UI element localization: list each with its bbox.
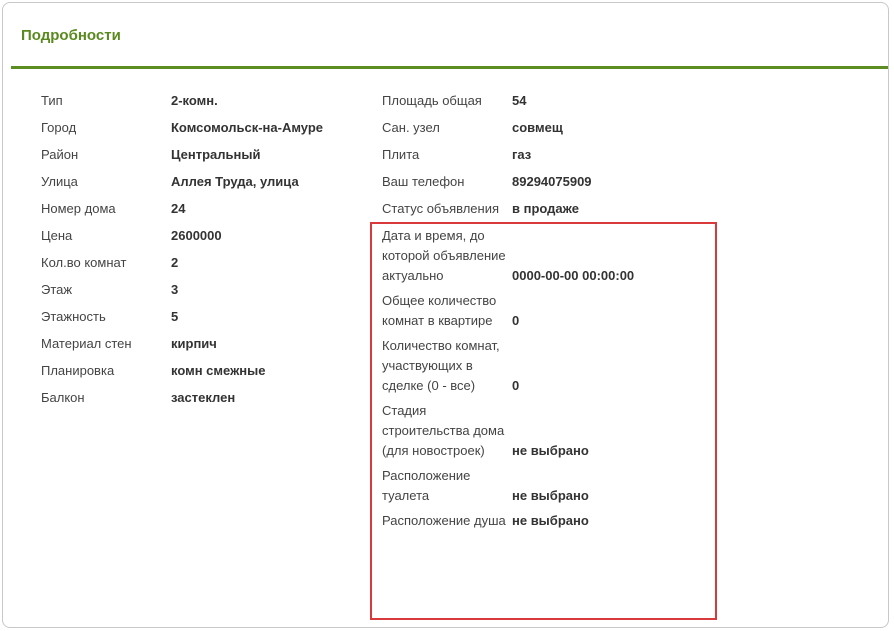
detail-label: Район	[41, 145, 171, 165]
detail-row-type: Тип2-комн.	[41, 91, 323, 111]
detail-value: 89294075909	[512, 172, 592, 192]
detail-label: Город	[41, 118, 171, 138]
detail-row-house-number: Номер дома24	[41, 199, 323, 219]
detail-row-bathroom: Сан. узелсовмещ	[382, 118, 634, 138]
detail-label: Балкон	[41, 388, 171, 408]
detail-value: 2-комн.	[171, 91, 218, 111]
detail-label: Тип	[41, 91, 171, 111]
panel-title: Подробности	[21, 27, 121, 44]
detail-row-floors-total: Этажность5	[41, 307, 323, 327]
detail-label: Номер дома	[41, 199, 171, 219]
detail-row-district: РайонЦентральный	[41, 145, 323, 165]
detail-label: Статус объявления	[382, 199, 512, 219]
detail-row-layout: Планировкакомн смежные	[41, 361, 323, 381]
detail-label: Планировка	[41, 361, 171, 381]
detail-label: Цена	[41, 226, 171, 246]
detail-row-city: ГородКомсомольск-на-Амуре	[41, 118, 323, 138]
detail-value: 54	[512, 91, 526, 111]
detail-label: Площадь общая	[382, 91, 512, 111]
detail-value: Аллея Труда, улица	[171, 172, 299, 192]
detail-label: Этажность	[41, 307, 171, 327]
detail-label: Улица	[41, 172, 171, 192]
detail-row-total-area: Площадь общая54	[382, 91, 634, 111]
detail-value: 2	[171, 253, 178, 273]
detail-value: 3	[171, 280, 178, 300]
detail-value: газ	[512, 145, 531, 165]
title-divider	[11, 66, 888, 69]
detail-value: застеклен	[171, 388, 235, 408]
detail-label: Кол.во комнат	[41, 253, 171, 273]
left-details-column: Тип2-комн. ГородКомсомольск-на-Амуре Рай…	[41, 91, 323, 415]
detail-row-wall-material: Материал стенкирпич	[41, 334, 323, 354]
detail-value: кирпич	[171, 334, 217, 354]
detail-value: 2600000	[171, 226, 222, 246]
highlight-box	[370, 222, 717, 620]
detail-row-rooms: Кол.во комнат2	[41, 253, 323, 273]
detail-label: Плита	[382, 145, 512, 165]
detail-row-street: УлицаАллея Труда, улица	[41, 172, 323, 192]
detail-value: в продаже	[512, 199, 579, 219]
detail-value: 24	[171, 199, 185, 219]
detail-label: Материал стен	[41, 334, 171, 354]
detail-row-floor: Этаж3	[41, 280, 323, 300]
detail-label: Сан. узел	[382, 118, 512, 138]
detail-label: Ваш телефон	[382, 172, 512, 192]
detail-row-balcony: Балконзастеклен	[41, 388, 323, 408]
detail-value: совмещ	[512, 118, 563, 138]
detail-label: Этаж	[41, 280, 171, 300]
detail-row-status: Статус объявленияв продаже	[382, 199, 634, 219]
detail-value: 5	[171, 307, 178, 327]
detail-row-stove: Плитагаз	[382, 145, 634, 165]
detail-value: комн смежные	[171, 361, 266, 381]
detail-value: Центральный	[171, 145, 260, 165]
detail-row-phone: Ваш телефон89294075909	[382, 172, 634, 192]
detail-row-price: Цена2600000	[41, 226, 323, 246]
detail-value: Комсомольск-на-Амуре	[171, 118, 323, 138]
